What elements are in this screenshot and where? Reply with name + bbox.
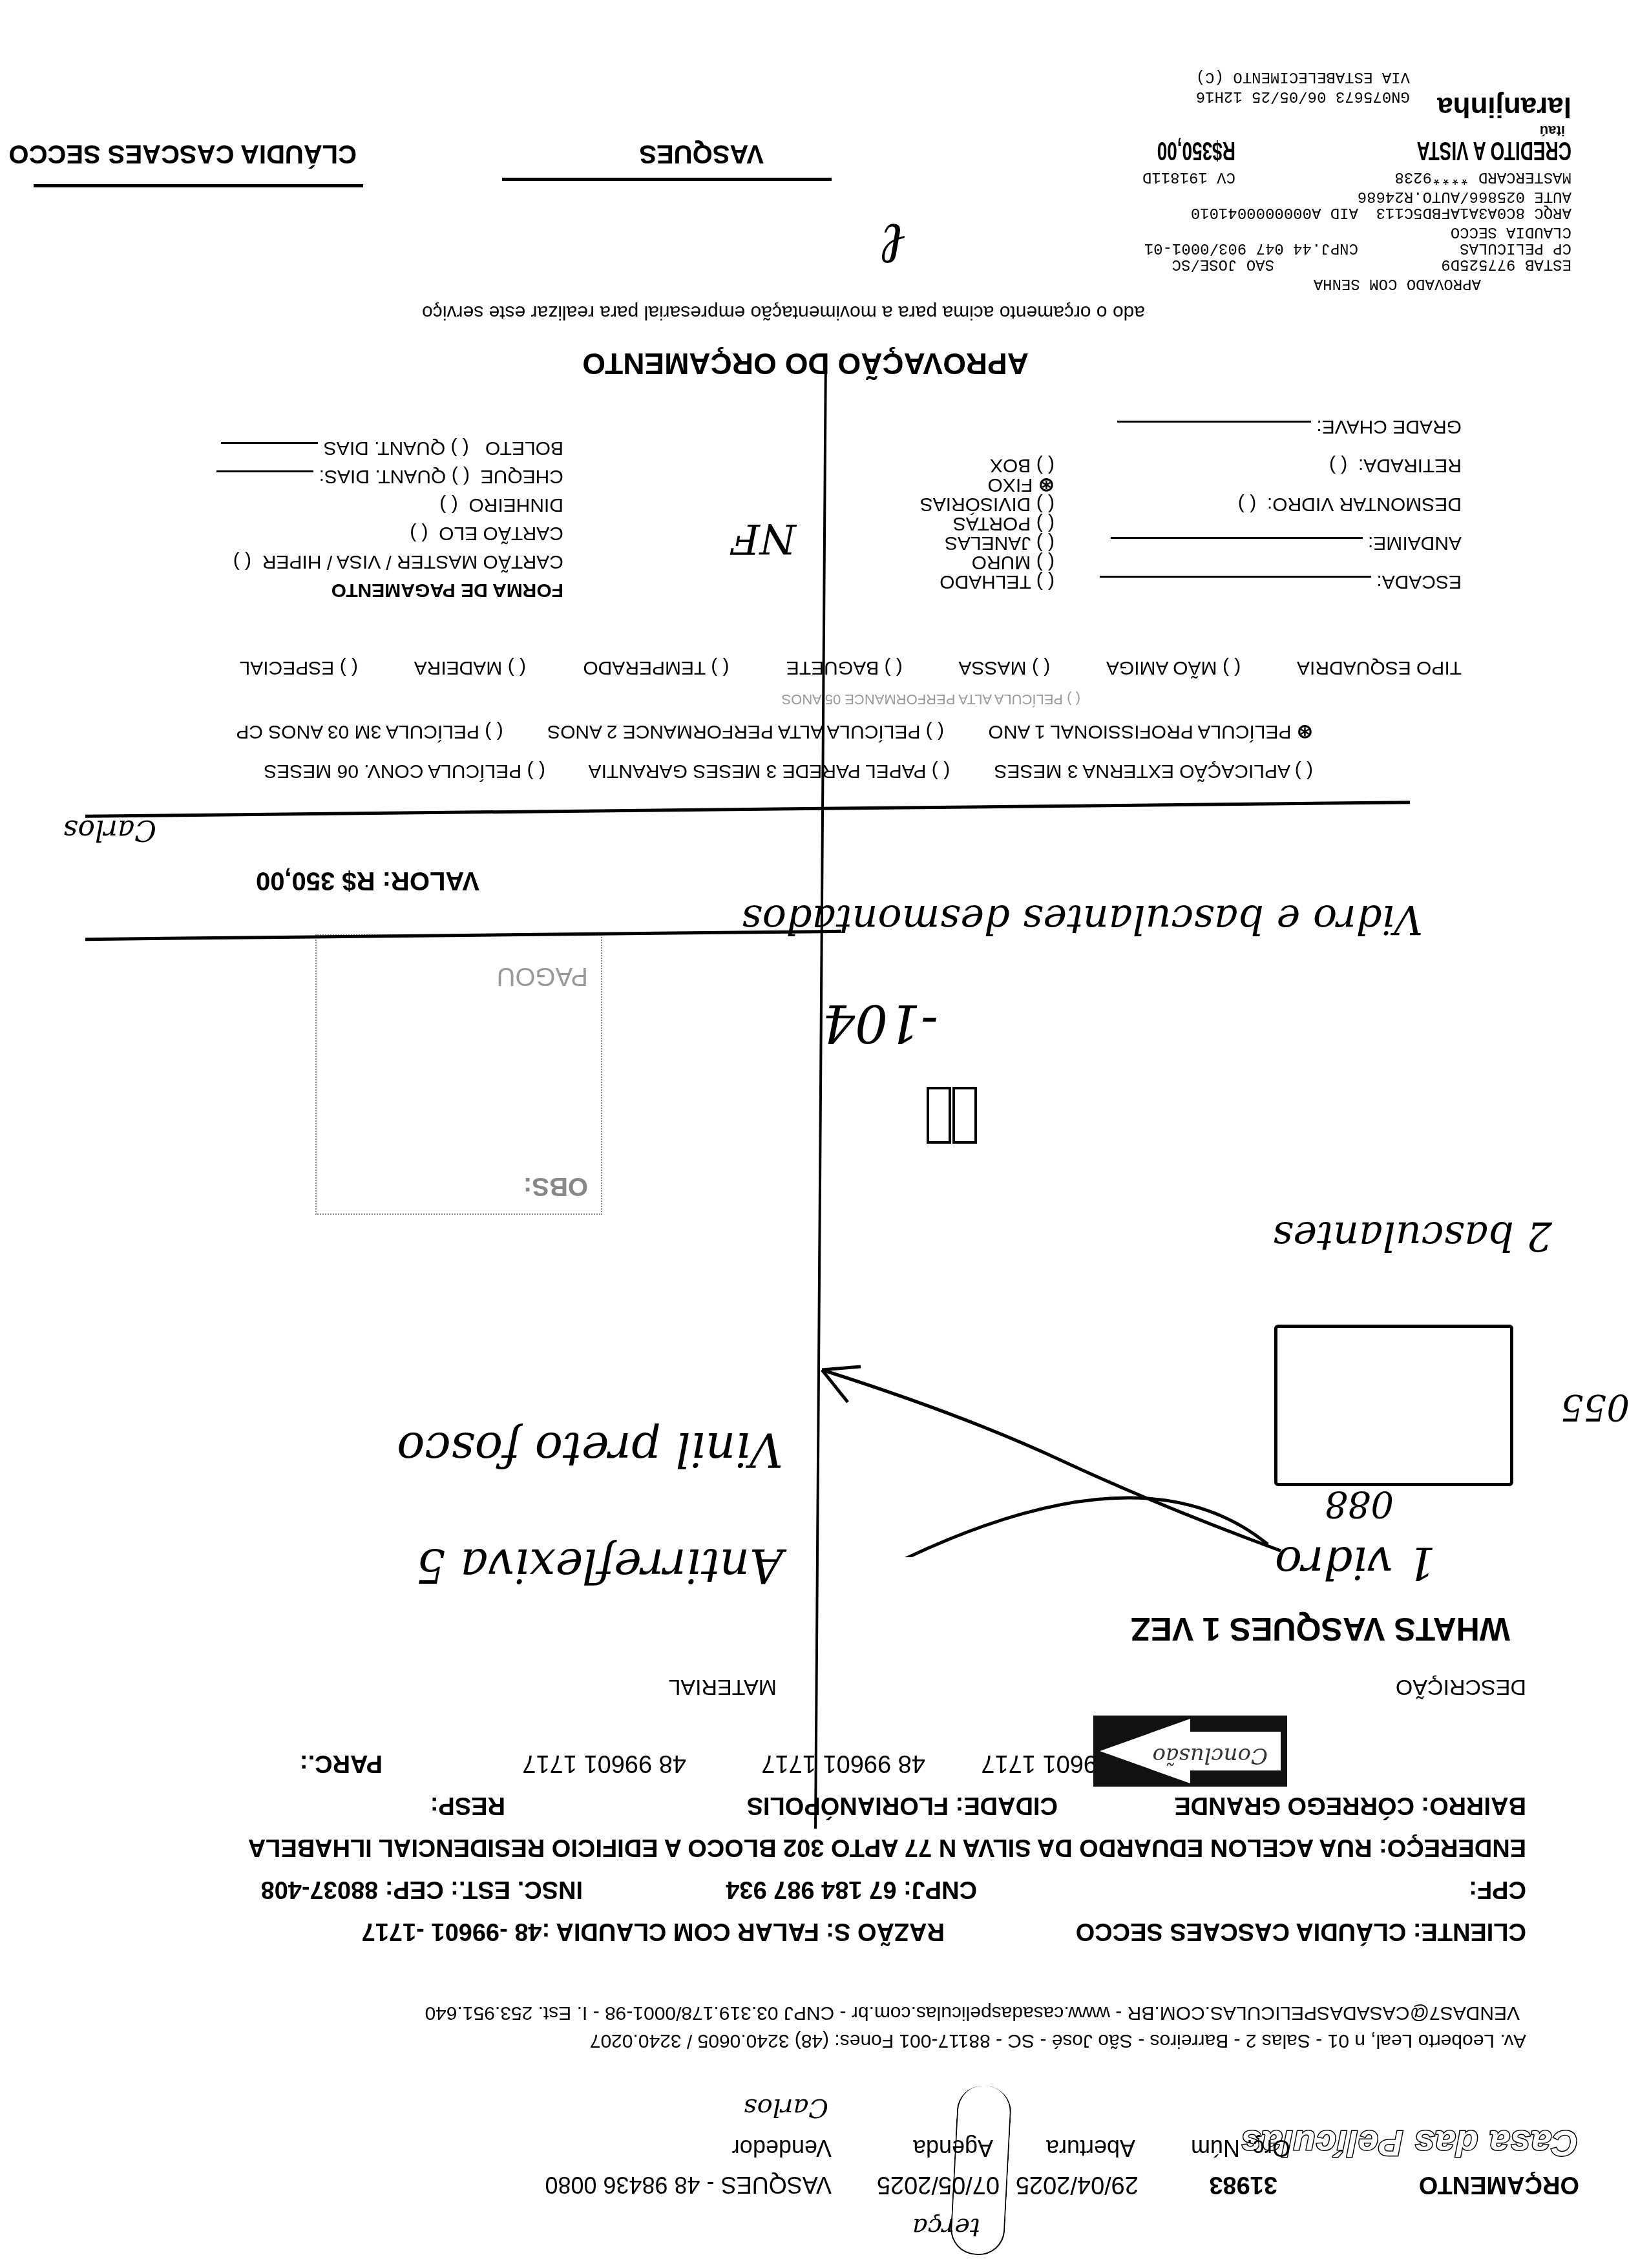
arrow-stamp: Conclusão bbox=[1093, 1716, 1287, 1787]
service-pelicula-3m[interactable]: ( ) PELÍCULA 3M 03 ANOS CP bbox=[236, 721, 503, 742]
service-aplicacao-externa[interactable]: ( ) APLICAÇÃO EXTERNA 3 MESES bbox=[994, 761, 1313, 782]
service-row-1: ( ) APLICAÇÃO EXTERNA 3 MESES ( ) PAPEL … bbox=[264, 760, 1313, 782]
service-papel-parede[interactable]: ( ) PAPEL PAREDE 3 MESES GARANTIA bbox=[589, 761, 950, 782]
vendedor-label: Vendedor bbox=[732, 2134, 832, 2161]
service-pelicula-profissional[interactable]: ⊛ PELÍCULA PROFISSIONAL 1 ANO bbox=[988, 721, 1313, 742]
vendedor-value: VASQUES - 48 98436 0080 bbox=[545, 2171, 832, 2198]
esquadria-especial[interactable]: ( ) ESPECIAL bbox=[240, 657, 358, 678]
payment-cartao-master[interactable]: CARTÃO MASTER / VISA / HIPER ( ) bbox=[216, 547, 563, 576]
abertura-value: 29/04/2025 bbox=[1016, 2170, 1139, 2198]
client-insc-cep: INSC. EST.: CEP: 88037-408 bbox=[261, 1875, 583, 1903]
payment-cartao-elo[interactable]: CARTÃO ELO ( ) bbox=[216, 519, 563, 547]
receipt-amount: R$350,00 bbox=[1157, 136, 1235, 165]
handwritten-dim-width: 055 bbox=[1560, 1386, 1630, 1428]
receipt-type: CREDITO A VISTA bbox=[1416, 136, 1571, 165]
handwritten-total: -104 bbox=[822, 993, 938, 1053]
field-desmontar-vidro[interactable]: DESMONTAR VIDRO: ( ) bbox=[1100, 485, 1462, 523]
esquadria-label: TIPO ESQUADRIA bbox=[1298, 657, 1462, 678]
service-pelicula-conv[interactable]: ( ) PELÍCULA CONV. 06 MESES bbox=[264, 761, 545, 782]
arrow-stamp-handwriting: Conclusão bbox=[1153, 1743, 1268, 1769]
client-parc: PARC.: bbox=[300, 1749, 383, 1777]
type-muro[interactable]: ( ) MURO bbox=[920, 552, 1055, 572]
sketch-glass-rectangle bbox=[1274, 1325, 1513, 1486]
checked-mark-icon: ⊛ bbox=[1297, 720, 1313, 743]
paid-stamp: PAGOU bbox=[496, 961, 588, 991]
payment-section: FORMA DE PAGAMENTO CARTÃO MASTER / VISA … bbox=[216, 434, 563, 604]
company-address: Av. Leoberto Leal, n 01 - Salas 2 - Barr… bbox=[590, 2030, 1526, 2052]
client-cnpj: CNPJ: 67 184 987 934 bbox=[726, 1875, 977, 1903]
service-pelicula-alta-2anos[interactable]: ( ) PELÍCULA ALTA PERFORMANCE 2 ANOS bbox=[547, 721, 944, 742]
approval-title: APROVAÇÃO DO ORÇAMENTO bbox=[582, 346, 1029, 381]
service-row-2: ⊛ PELÍCULA PROFISSIONAL 1 ANO ( ) PELÍCU… bbox=[236, 720, 1313, 743]
esquadria-massa[interactable]: ( ) MASSA bbox=[960, 657, 1050, 678]
client-endereco: ENDEREÇO: RUA ACELON EDUARDO DA SILVA N … bbox=[248, 1833, 1526, 1861]
esquadria-baguete[interactable]: ( ) BAGUETE bbox=[786, 657, 903, 678]
sketch-small-rect-2 bbox=[927, 1087, 951, 1144]
payment-title: FORMA DE PAGAMENTO bbox=[216, 576, 563, 604]
sketch-arrows bbox=[796, 1344, 1287, 1557]
vendedor-signature: Carlos bbox=[744, 2093, 828, 2123]
location-fields: ESCADA: ANDAIME: DESMONTAR VIDRO: ( ) RE… bbox=[1100, 407, 1462, 601]
esquadria-row: TIPO ESQUADRIA ( ) MÃO AMIGA ( ) MASSA (… bbox=[240, 656, 1462, 678]
card-receipt: laranjinha itaú VIA ESTABELECIMENTO (C) … bbox=[1171, 58, 1571, 271]
type-portas[interactable]: ( ) PORTAS bbox=[920, 514, 1055, 533]
agenda-circle-mark bbox=[949, 2084, 1013, 2256]
receipt-via: VIA ESTABELECIMENTO (C) bbox=[1196, 66, 1410, 87]
payment-boleto[interactable]: BOLETO ( ) QUANT. DIAS bbox=[216, 434, 563, 462]
handwritten-dim-height: 088 bbox=[1325, 1483, 1394, 1525]
client-resp: RESP: bbox=[430, 1791, 505, 1819]
checked-mark-icon: ⊛ bbox=[1038, 474, 1055, 496]
receipt-brand: laranjinha bbox=[1437, 90, 1571, 123]
budget-document: Casa das Películas ORÇAMENTO Orç. Núm 31… bbox=[0, 0, 1649, 2268]
whats-note: WHATS VASQUES 1 VEZ bbox=[1131, 1610, 1510, 1648]
abertura-label: Abertura bbox=[1046, 2134, 1135, 2161]
type-telhado[interactable]: ( ) TELHADO bbox=[920, 572, 1055, 591]
field-retirada[interactable]: RETIRADA: ( ) bbox=[1100, 446, 1462, 485]
valor-total: VALOR: R$ 350,00 bbox=[256, 866, 479, 895]
receipt-card: MASTERCARD ****9238 bbox=[1394, 166, 1571, 187]
payment-cheque[interactable]: CHEQUE ( ) QUANT. DIAS: bbox=[216, 462, 563, 490]
field-andaime[interactable]: ANDAIME: bbox=[1100, 523, 1462, 562]
handwritten-material-vinil: Vinil preto fosco bbox=[397, 1422, 783, 1476]
obs-label: OBS: bbox=[523, 1171, 588, 1201]
client-razao: RAZÃO S: FALAR COM CLAUDIA :48 -99601 -1… bbox=[362, 1917, 945, 1945]
receipt-aid: AID A0000000041010 bbox=[1191, 202, 1358, 223]
receipt-city: SAO JOSE/SC bbox=[1172, 253, 1274, 275]
vendor-signature: ℓ bbox=[882, 210, 907, 278]
receipt-arqc: ARQC 8C0A3A1AFBD5C113 bbox=[1376, 202, 1571, 223]
brand-logo: Casa das Películas bbox=[1241, 2123, 1578, 2165]
doc-type-title: ORÇAMENTO bbox=[1419, 2170, 1579, 2198]
client-bairro: BAIRRO: CÓRREGO GRANDE bbox=[1174, 1791, 1526, 1819]
material-header: MATERIAL bbox=[668, 1674, 777, 1699]
field-escada[interactable]: ESCADA: bbox=[1100, 562, 1462, 601]
client-cpf: CPF: bbox=[1469, 1875, 1526, 1903]
handwritten-note-desmontados: Vidro e basculantes desmontados bbox=[742, 896, 1423, 943]
type-janelas[interactable]: ( ) JANELAS bbox=[920, 533, 1055, 552]
handwritten-item-vidro: 1 vidro bbox=[1275, 1537, 1436, 1590]
approval-text: ado o orçamento acima para a movimentaçã… bbox=[422, 301, 1145, 323]
orc-num-value: 31983 bbox=[1209, 2170, 1277, 2198]
client-phone-3: 48 99601 1717 bbox=[522, 1749, 686, 1777]
receipt-estab: ESTAB 977525D9 bbox=[1441, 253, 1571, 275]
esquadria-temperado[interactable]: ( ) TEMPERADO bbox=[583, 657, 729, 678]
receipt-approved: APROVADO COM SENHA bbox=[1314, 273, 1481, 294]
service-row-3-faint: ( ) PELÍCULA ALTA PERFORMANCE 05 ANOS bbox=[781, 691, 1080, 708]
type-box[interactable]: ( ) BOX bbox=[920, 456, 1055, 475]
location-types: ( ) TELHADO ( ) MURO ( ) JANELAS ( ) POR… bbox=[920, 456, 1055, 591]
esquadria-madeira[interactable]: ( ) MADEIRA bbox=[415, 657, 526, 678]
company-contact: VENDAS7@CASADASPELICULAS.COM.BR - www.ca… bbox=[425, 2002, 1520, 2024]
descricao-header: DESCRIÇÃO bbox=[1396, 1674, 1526, 1699]
field-grade-chave[interactable]: GRADE CHAVE: bbox=[1100, 407, 1462, 446]
handwritten-nf: NF bbox=[731, 514, 796, 562]
esquadria-mao-amiga[interactable]: ( ) MÃO AMIGA bbox=[1108, 657, 1241, 678]
client-name: CLIENTE: CLÁUDIA CASCAES SECCO bbox=[1076, 1917, 1526, 1945]
handwritten-basculantes: 2 basculantes bbox=[1273, 1213, 1552, 1260]
payment-dinheiro[interactable]: DINHEIRO ( ) bbox=[216, 490, 563, 519]
client-phone-2: 48 99601 1717 bbox=[761, 1749, 925, 1777]
valor-bottom-line bbox=[85, 801, 1410, 817]
handwritten-material-antirreflexiva: Antirreflexiva 5 bbox=[416, 1538, 783, 1593]
handwritten-margin-note: Carlos bbox=[63, 814, 156, 846]
type-divisorias[interactable]: ( ) DIVISÓRIAS bbox=[920, 494, 1055, 514]
orc-num-label: Orç. Núm bbox=[1191, 2134, 1290, 2161]
vendor-signature-line bbox=[502, 178, 832, 181]
sketch-small-rect-1 bbox=[952, 1087, 977, 1144]
client-signer-name: CLÁUDIA CASCAES SECCO bbox=[8, 139, 357, 168]
column-divider bbox=[814, 355, 827, 1829]
receipt-cv: CV 191811D bbox=[1142, 166, 1235, 187]
obs-box: OBS: PAGOU bbox=[315, 934, 602, 1215]
client-cidade: CIDADE: FLORIANÓPOLIS bbox=[747, 1791, 1058, 1819]
vendor-signer-name: VASQUES bbox=[639, 139, 764, 168]
type-fixo[interactable]: ⊛ FIXO bbox=[920, 475, 1055, 494]
receipt-id-date: GN075673 06/05/25 12H16 bbox=[1196, 85, 1410, 107]
client-signature-line bbox=[34, 184, 363, 187]
